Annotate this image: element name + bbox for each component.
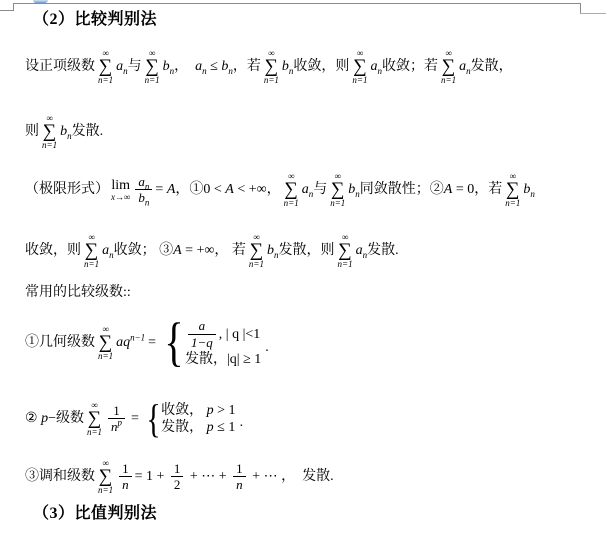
text-run: ② xyxy=(25,412,41,426)
numerator: 1 xyxy=(171,462,184,476)
var-A: A xyxy=(173,244,182,258)
sigma-icon: ∑ xyxy=(284,181,298,199)
sum-lower-limit: n=1 xyxy=(249,260,264,269)
term-bn: bn xyxy=(60,125,72,139)
text-run: = 1 + xyxy=(135,470,168,484)
text-run: 设正项级数 xyxy=(25,60,95,74)
sigma-icon: ∑ xyxy=(442,58,456,76)
text-run: ③调和级数 xyxy=(25,470,95,484)
paragraph-common-series-label: 常用的比较级数:: xyxy=(25,283,131,303)
cases-brace-icon: { xyxy=(146,402,160,436)
text-run: ，若 xyxy=(233,60,261,74)
denominator: 2 xyxy=(171,476,184,492)
text-run: 收敛； ③ xyxy=(114,244,174,258)
sigma-icon: ∑ xyxy=(99,334,113,352)
condition-text: > 1 xyxy=(214,404,236,418)
sigma-icon: ∑ xyxy=(99,468,113,486)
sum-symbol: ∞∑n=1 xyxy=(98,325,113,360)
page-corner-left-line xyxy=(13,3,14,11)
text-run: 发散. xyxy=(367,244,399,258)
sigma-icon: ∑ xyxy=(250,242,264,260)
term-an: an xyxy=(459,60,471,74)
text-run: 则 xyxy=(25,125,39,139)
paragraph-comparison-line2: 则 ∞∑n=1 bn 发散. xyxy=(25,108,103,156)
sigma-icon: ∑ xyxy=(99,58,113,76)
lim-subscript: x→∞ xyxy=(111,193,130,202)
case-row-convergent: 收敛， p > 1 xyxy=(161,404,235,418)
text-run: = xyxy=(155,183,166,197)
denominator: 1−q xyxy=(188,334,216,350)
sigma-icon: ∑ xyxy=(265,58,279,76)
sum-lower-limit: n=1 xyxy=(145,76,160,85)
sum-symbol: ∞∑n=1 xyxy=(441,49,456,84)
text-run: （极限形式） xyxy=(25,183,109,197)
var-p: p xyxy=(207,404,214,418)
term-bn: bn xyxy=(221,60,233,74)
sum-symbol: ∞∑n=1 xyxy=(145,49,160,84)
text-run: 收敛；若 xyxy=(382,60,438,74)
text-run: 发散. xyxy=(72,125,104,139)
condition-text: 发散，|q| ≥ 1 xyxy=(185,353,261,367)
text-run: = +∞ xyxy=(182,244,215,258)
condition-text: ≤ 1 xyxy=(214,421,236,435)
piecewise-cases: { 收敛， p > 1 发散， p ≤ 1 . xyxy=(144,402,243,436)
sum-symbol: ∞∑n=1 xyxy=(505,172,520,207)
lim-text: lim xyxy=(111,179,130,193)
condition-text: 发散， xyxy=(161,421,207,435)
term-an: an xyxy=(302,183,314,197)
text-run: + ⋯ + xyxy=(186,470,230,484)
sum-lower-limit: n=1 xyxy=(352,76,367,85)
text-run: ，① xyxy=(175,183,203,197)
paragraph-comparison-line1: 设正项级数 ∞∑n=1 an 与 ∞∑n=1 bn ， an ≤ bn ，若 ∞… xyxy=(25,44,513,90)
paragraph-p-series: ② p −级数 ∞∑n=1 1 np = { 收敛， p > 1 发散， p ≤… xyxy=(25,392,243,446)
sum-lower-limit: n=1 xyxy=(284,199,299,208)
term-bn: bn xyxy=(163,60,175,74)
section-heading-ratio-test: （3）比值判别法 xyxy=(33,506,157,522)
page-top-border xyxy=(13,3,580,4)
period: . xyxy=(265,341,269,355)
cases-rows: a 1−q , | q |<1 发散，|q| ≥ 1 xyxy=(185,319,261,367)
sum-symbol: ∞∑n=1 xyxy=(264,49,279,84)
sigma-icon: ∑ xyxy=(85,242,99,260)
text-run: 0 < xyxy=(203,183,225,197)
fraction-1-over-n: 1 n xyxy=(233,462,246,493)
fraction-1-over-np: 1 np xyxy=(108,404,125,435)
sigma-icon: ∑ xyxy=(506,181,520,199)
var-A: A xyxy=(167,183,176,197)
sum-symbol: ∞∑n=1 xyxy=(98,459,113,494)
case-row-divergent: 发散， p ≤ 1 xyxy=(161,421,235,435)
numerator: an xyxy=(135,175,152,189)
text-run: = 0 xyxy=(452,183,474,197)
var-p: p xyxy=(207,421,214,435)
sigma-icon: ∑ xyxy=(353,58,367,76)
denominator: n xyxy=(233,476,246,492)
denominator: np xyxy=(108,418,125,434)
sum-symbol: ∞∑n=1 xyxy=(42,114,57,149)
var-A: A xyxy=(444,183,453,197)
denominator: bn xyxy=(135,189,152,205)
text-run: 收敛，则 xyxy=(25,244,81,258)
text-run: 与 xyxy=(313,183,327,197)
case-row-divergent: 发散，|q| ≥ 1 xyxy=(185,353,261,367)
sum-symbol: ∞∑n=1 xyxy=(87,401,102,436)
text-run: ①几何级数 xyxy=(25,336,95,350)
sum-lower-limit: n=1 xyxy=(330,199,345,208)
sum-symbol: ∞∑n=1 xyxy=(249,233,264,268)
sigma-icon: ∑ xyxy=(331,181,345,199)
text-run: ， xyxy=(174,60,195,74)
text-run: 发散， xyxy=(471,60,513,74)
text-run: 同敛散性；② xyxy=(360,183,444,197)
condition-text: , | q |<1 xyxy=(219,328,261,342)
var-p: p xyxy=(41,412,48,426)
sum-lower-limit: n=1 xyxy=(42,141,57,150)
term-an: an xyxy=(102,244,114,258)
sum-symbol: ∞∑n=1 xyxy=(338,233,353,268)
sum-lower-limit: n=1 xyxy=(441,76,456,85)
limit-operator: limx→∞ xyxy=(111,179,130,202)
paragraph-geometric-series: ①几何级数 ∞∑n=1 aqn−1 = { a 1−q , | q |<1 发散… xyxy=(25,306,269,380)
sum-symbol: ∞∑n=1 xyxy=(330,172,345,207)
document-page: （2）比较判别法 设正项级数 ∞∑n=1 an 与 ∞∑n=1 bn ， an … xyxy=(0,0,606,537)
sum-symbol: ∞∑n=1 xyxy=(284,172,299,207)
page-edge-left-line xyxy=(0,10,13,11)
numerator: 1 xyxy=(110,404,123,418)
paragraph-limit-form-line1: （极限形式） limx→∞ an bn = A ，① 0 < A < +∞ ， … xyxy=(25,164,535,216)
paragraph-limit-form-line2: 收敛，则 ∞∑n=1 an 收敛； ③ A = +∞ ， 若 ∞∑n=1 bn … xyxy=(25,228,399,274)
numerator: 1 xyxy=(233,462,246,476)
sum-lower-limit: n=1 xyxy=(338,260,353,269)
sum-lower-limit: n=1 xyxy=(98,76,113,85)
paragraph-harmonic-series: ③调和级数 ∞∑n=1 1 n = 1 + 1 2 + ⋯ + 1 n + ⋯ … xyxy=(25,452,334,502)
term-an: an xyxy=(195,60,207,74)
period: . xyxy=(240,416,244,430)
equals-sign: = xyxy=(148,336,156,350)
section-heading-comparison-test: （2）比较判别法 xyxy=(33,12,157,28)
term-bn: bn xyxy=(267,244,279,258)
sum-symbol: ∞∑n=1 xyxy=(98,49,113,84)
fraction-1-over-2: 1 2 xyxy=(171,462,184,493)
text-run: 发散，则 xyxy=(279,244,335,258)
fraction-1-over-n: 1 n xyxy=(119,462,132,493)
sum-lower-limit: n=1 xyxy=(84,260,99,269)
fraction-an-bn: an bn xyxy=(135,175,152,206)
var-A: A xyxy=(225,183,234,197)
text-run: −级数 xyxy=(48,412,84,426)
sigma-icon: ∑ xyxy=(338,242,352,260)
case-row-convergent: a 1−q , | q |<1 xyxy=(185,319,260,350)
fraction-a-over-1-q: a 1−q xyxy=(188,319,216,350)
heading-text: （3）比值判别法 xyxy=(33,506,157,522)
term-an: an xyxy=(116,60,128,74)
sigma-icon: ∑ xyxy=(43,123,57,141)
sum-symbol: ∞∑n=1 xyxy=(84,233,99,268)
numerator: 1 xyxy=(119,462,132,476)
sum-lower-limit: n=1 xyxy=(264,76,279,85)
numerator: a xyxy=(196,319,209,333)
sum-symbol: ∞∑n=1 xyxy=(352,49,367,84)
term-bn: bn xyxy=(523,183,535,197)
page-edge-right-line xyxy=(580,13,606,14)
sum-lower-limit: n=1 xyxy=(98,352,113,361)
sigma-icon: ∑ xyxy=(145,58,159,76)
text-run: ，若 xyxy=(474,183,502,197)
denominator: n xyxy=(119,476,132,492)
blue-ui-artifact xyxy=(33,0,48,3)
term-bn: bn xyxy=(348,183,360,197)
term-an: an xyxy=(371,60,383,74)
sum-lower-limit: n=1 xyxy=(87,428,102,437)
term-an: an xyxy=(356,244,368,258)
term-bn: bn xyxy=(282,60,294,74)
relation-leq: ≤ xyxy=(207,60,222,74)
term-aq: aqn−1 xyxy=(116,336,145,350)
text-run: < +∞ xyxy=(234,183,267,197)
condition-text: 收敛， xyxy=(161,404,207,418)
text-run: 发散. xyxy=(302,470,334,484)
piecewise-cases: { a 1−q , | q |<1 发散，|q| ≥ 1 . xyxy=(161,319,269,367)
sigma-icon: ∑ xyxy=(88,410,102,428)
equals-sign: = xyxy=(131,412,139,426)
text-run: + ⋯ ， xyxy=(249,470,302,484)
text-run: 常用的比较级数:: xyxy=(25,286,131,300)
cases-rows: 收敛， p > 1 发散， p ≤ 1 xyxy=(161,404,235,435)
text-run: 与 xyxy=(128,60,142,74)
heading-text: （2）比较判别法 xyxy=(33,12,157,28)
cases-brace-icon: { xyxy=(164,320,183,366)
text-run: ， xyxy=(267,183,281,197)
sum-lower-limit: n=1 xyxy=(505,199,520,208)
text-run: ， 若 xyxy=(214,244,246,258)
text-run: 收敛，则 xyxy=(293,60,349,74)
sum-lower-limit: n=1 xyxy=(98,486,113,495)
